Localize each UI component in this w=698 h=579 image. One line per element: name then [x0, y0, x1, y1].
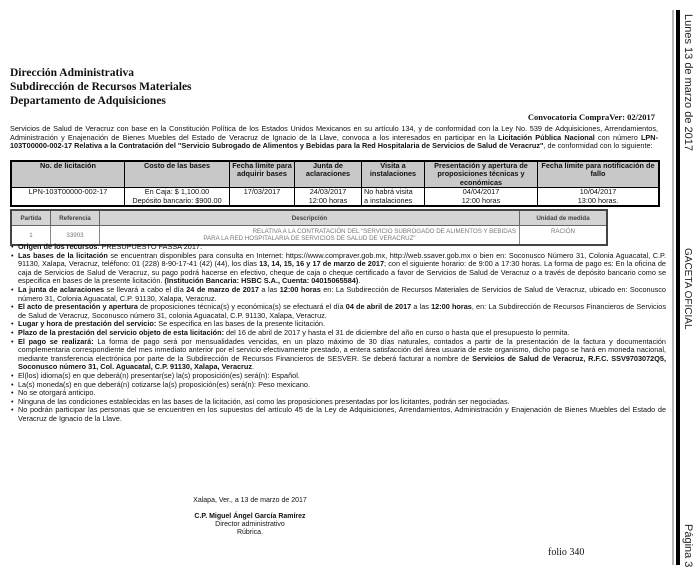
condition-item: El pago se realizará: La forma de pago s…	[18, 338, 666, 372]
conditions-list: Origen de los recursos: PRESUPUESTO FASS…	[10, 243, 666, 423]
side-gazette-title: GACETA OFICIAL	[682, 248, 693, 330]
cell-visita: No habrá visitaa instalaciones	[362, 188, 425, 207]
col-header: No. de licitación	[11, 161, 125, 188]
cell-apertura: 04/04/201712:00 horas	[425, 188, 538, 207]
side-date: Lunes 13 de marzo de 2017	[682, 14, 694, 151]
desc-line1: RELATIVA A LA CONTRATACIÓN DEL "SERVICIO…	[103, 228, 516, 235]
col-header: Visita a instalaciones	[362, 161, 425, 188]
col-header: Costo de las bases	[125, 161, 230, 188]
table-row: LPN-103T00000-002-17 En Caja: $ 1,100.00…	[11, 188, 659, 207]
signer-rubrica: Rúbrica.	[0, 529, 500, 537]
col-header: Descripción	[100, 210, 520, 226]
desc-line2: PARA LA RED HOSPITALARIA DE SERVICIOS DE…	[103, 235, 516, 242]
table-header-row: Partida Referencia Descripción Unidad de…	[11, 210, 607, 226]
condition-item: El acto de presentación y apertura de pr…	[18, 303, 666, 320]
condition-bold: 12:00 horas	[280, 285, 321, 294]
convocatoria-number: Convocatoria CompraVer: 02/2017	[528, 112, 655, 122]
issuer-header: Dirección Administrativa Subdirección de…	[10, 66, 192, 108]
cell-numero: LPN-103T00000-002-17	[11, 188, 125, 207]
col-header: Presentación y apertura de proposiciones…	[425, 161, 538, 188]
col-header: Referencia	[51, 210, 100, 226]
margin-rule-black	[676, 10, 680, 565]
place-date: Xalapa, Ver., a 13 de marzo de 2017	[0, 497, 500, 505]
cell-fecha-bases: 17/03/2017	[230, 188, 295, 207]
col-header: Fecha límite para notificación de fallo	[538, 161, 660, 188]
col-header: Partida	[11, 210, 51, 226]
folio-number: folio 340	[548, 547, 584, 558]
condition-item: Las bases de la licitación se encuentran…	[18, 252, 666, 286]
intro-text: , de conformidad con lo siguiente:	[543, 141, 652, 150]
visita-line2: a instalaciones	[364, 197, 422, 206]
cell-fallo: 10/04/201713:00 horas.	[538, 188, 660, 207]
header-direccion: Dirección Administrativa	[10, 66, 192, 80]
col-header: Unidad de medida	[520, 210, 608, 226]
col-header: Junta de aclaraciones	[295, 161, 362, 188]
header-subdireccion: Subdirección de Recursos Materiales	[10, 80, 192, 94]
condition-bold: 12:00 horas	[431, 302, 472, 311]
condition-text: a las	[411, 302, 431, 311]
margin-rule-gray	[672, 10, 674, 565]
condition-text: a las	[259, 285, 280, 294]
condition-item: La junta de aclaraciones se llevará a ca…	[18, 286, 666, 303]
condition-bold: 04 de abril de 2017	[346, 302, 411, 311]
header-departamento: Departamento de Adquisiciones	[10, 94, 192, 108]
apertura-hora: 12:00 horas	[427, 197, 535, 206]
table-header-row: No. de licitación Costo de las bases Fec…	[11, 161, 659, 188]
cell-junta: 24/03/201712:00 horas	[295, 188, 362, 207]
condition-item: No podrán participar las personas que se…	[18, 406, 666, 423]
tender-summary-table: No. de licitación Costo de las bases Fec…	[10, 160, 660, 207]
items-table: Partida Referencia Descripción Unidad de…	[10, 209, 608, 246]
junta-hora: 12:00 horas	[297, 197, 359, 206]
condition-item: La(s) moneda(s) en que deberá(n) cotizar…	[18, 381, 666, 390]
side-page-number: Página 3	[682, 524, 694, 567]
intro-paragraph: Servicios de Salud de Veracruz con base …	[10, 125, 658, 151]
gazette-page: Dirección Administrativa Subdirección de…	[0, 0, 660, 579]
fallo-hora: 13:00 horas.	[540, 197, 656, 206]
col-header: Fecha límite para adquirir bases	[230, 161, 295, 188]
costo-deposito: Depósito bancario: $900.00	[127, 197, 227, 206]
cell-costo: En Caja: $ 1,100.00Depósito bancario: $9…	[125, 188, 230, 207]
condition-text: No podrán participar las personas que se…	[18, 405, 666, 423]
